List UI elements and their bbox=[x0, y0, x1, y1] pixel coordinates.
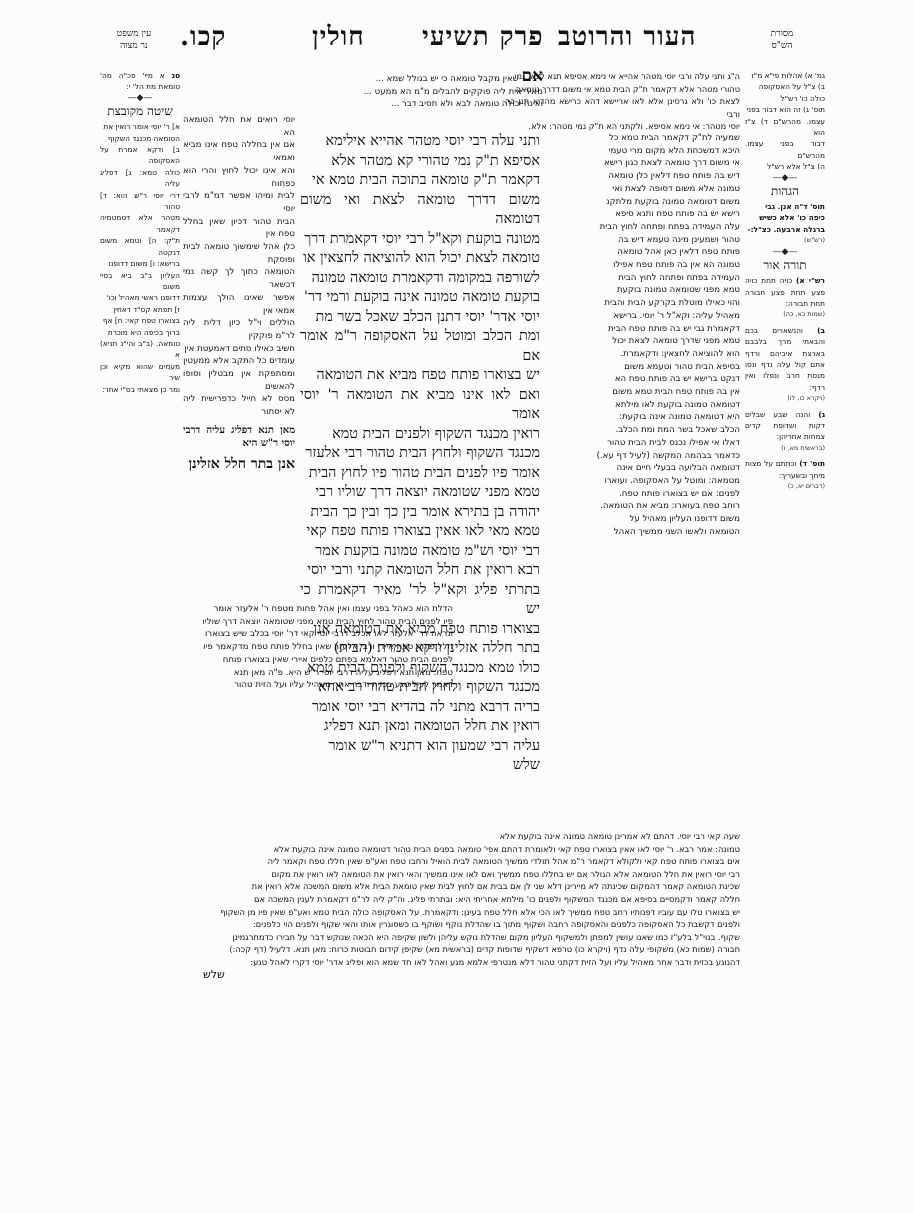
torah-or-marker: ג) bbox=[818, 410, 825, 419]
shita-line: ב] ודקא אמרת על האסקופה bbox=[100, 144, 180, 167]
shita-line: מטהר אלא דטמטמיה דקאמר bbox=[100, 212, 180, 235]
masoret-line: עצמו. מהרש"ם ד) צ"ז הוא bbox=[745, 116, 825, 139]
tosafot-line: טפח: מאן תנא דפליג עליה דרבי יוסי ר"ש הי… bbox=[183, 667, 453, 680]
rashi-line: אי משום דרך טומאה לצאת כגון רישא bbox=[545, 157, 740, 170]
gemara-top-snippet: ה"ג ותני עלה ורבי יוסי מטהר אהייא אי נימ… bbox=[505, 70, 740, 133]
shita-line: העליון ב"ב ביא בסיי משום bbox=[100, 270, 180, 293]
rashi-line: כדאמר בבהמה המקשה (לעיל דף עא.) bbox=[545, 450, 740, 463]
gemara-line: אסיפא ת"ק נמי טהורי קא מטהר אלא bbox=[300, 152, 540, 172]
tosafot-line: לבית ומיהו אפשר דמ"מ לרבי יוסי bbox=[183, 190, 295, 215]
tosafot-line: עומדים כל התקב אלא ממעטין bbox=[183, 355, 295, 368]
gemara-line: ותני עלה רבי יוסי מטהר אהייא אילימא bbox=[300, 132, 540, 152]
tosafot-line: אם אין בחללה טפח אינו מביא ואמאי bbox=[183, 139, 295, 164]
torah-or-entry: תוס' ד) וכתתם על מצות מיחך ובשעריך: (דבר… bbox=[745, 458, 825, 492]
gemara-line: עליה רבי שמעון הוא דתניא ר"ש אומר bbox=[300, 737, 540, 757]
rashi-line: הכלב שאכל בשר המת ומת הכלב. bbox=[545, 424, 740, 437]
shita-line: ת"ק: ה] וטמא משום דנקטה bbox=[100, 235, 180, 258]
rashi-line: אין בה פותח טפח הבית טמא משום bbox=[545, 386, 740, 399]
tosafot-line: ואינה יכולה טומאה לבא ולא תסיב דבר ... bbox=[183, 98, 543, 111]
masoret-title-line1: מסורת bbox=[752, 28, 812, 40]
hagahot-line: כיפה כו' אלא כשיש bbox=[745, 212, 825, 223]
ornament-divider: —◆— bbox=[745, 173, 825, 183]
gemara-line: רואין את חלל הטומאה ומאן תנא דפליג bbox=[300, 717, 540, 737]
shita-line: כולה טמא: ג] דפליג עליה bbox=[100, 167, 180, 190]
rashi-line: טמא מפני שטומאה טמונה בוקעת bbox=[545, 284, 740, 297]
rashi-line: הוא להוציאה לחצאין: ודקאמרת. bbox=[545, 348, 740, 361]
tosafot-line: מסס לא חייל כדפרישית ליה לא יסתור bbox=[183, 393, 295, 418]
folio-number: קכו. bbox=[180, 22, 226, 52]
masoret-entries: גמ' א) אהלות פי"א מ"ז ב) צ"ל על האסקופה … bbox=[745, 70, 825, 173]
tosafot-dibbur-anan: אנן בתר חלל אזלינן bbox=[188, 456, 295, 472]
tosafot-opening-line: אם שאין מקבל טומאה כי יש בגולל שמא ... bbox=[183, 70, 543, 86]
gemara-snippet-line: יוסי מטהר: אי נימא אסיפא. ולקתני הא ת"ק … bbox=[505, 120, 740, 133]
rashi-column: שמעיה לת"ק דקאמר הבית טמא כל היכא דמשכחת… bbox=[545, 132, 740, 539]
tractate-name: חולין bbox=[312, 22, 365, 52]
rashi-line: היא דטומאה טמונה אינה בוקעת: bbox=[545, 411, 740, 424]
rashi-line: דאלו אי אפילו נכנס לבית הבית טהור bbox=[545, 437, 740, 450]
gemara-line: יוסי אדר' יוסי דתנן הכלב שאכל בשר מת bbox=[300, 308, 540, 328]
hagahot-source: (רש"ש) bbox=[745, 235, 825, 246]
gemara-line: לשורפה במקומה ודקאמרת טומאה טמונה bbox=[300, 269, 540, 289]
torah-or-source: (ויקרא כו, לו) bbox=[745, 393, 825, 404]
torah-or-entry: רש"י א) כויה תחת כויה פצע תחת פצע חבורה … bbox=[745, 275, 825, 321]
tosafot-opening: אם שאין מקבל טומאה כי יש בגולל שמא ... מ… bbox=[183, 70, 543, 111]
chapter-name: העור והרוטב bbox=[558, 22, 696, 52]
ein-mishpat-letter: סג bbox=[172, 71, 180, 80]
masoret-line: ה) צ"ל אלא רש"ל bbox=[745, 161, 825, 172]
tosafot-line: מאיר אית ליה פוקקים להבלים מ"מ הא ממעט .… bbox=[183, 86, 543, 99]
commentary-line: שכינת הטומאה קאמר דהמקום שכינתה לא מיירי… bbox=[183, 880, 740, 893]
gemara-line: יש בצוארו פותח טפח מביא את הטומאה bbox=[300, 366, 540, 386]
rashi-line: הטומאה ולאשו השני ממשיך האהל bbox=[545, 526, 740, 539]
shita-line: ז] תפתא קס"ד דאחין bbox=[100, 304, 180, 315]
torah-or-entry: ג) והנה שבע שבלים דקות ושדופת קדים צמחות… bbox=[745, 409, 825, 455]
tosafot-line: יוסי רואים את חלל הטומאה הא bbox=[183, 114, 295, 139]
rashi-line: לפנים: אם יש בצוארו פותח טפח. bbox=[545, 488, 740, 501]
gemara-line: רבא רואין את חלל הטומאה קתני ורבי יוסי bbox=[300, 561, 540, 581]
commentary-line: שעה קאי רבי יוסי. דהתם לא אמרינן טומאה ט… bbox=[183, 830, 740, 843]
ein-mishpat-title: עין משפט נר מצוה bbox=[104, 28, 164, 52]
gemara-line: רואין מכנגד השקוף ולפנים הבית טמא bbox=[300, 425, 540, 445]
shita-line: הטומאה מכנגד השקוף bbox=[100, 133, 180, 144]
rashi-line: דקאמרת גבי יש בה פותח טפח הבית bbox=[545, 323, 740, 336]
rashi-line: טהור ושמעינן מינה טעמא דיש בה bbox=[545, 234, 740, 247]
tosafot-heading: מאן תנא דפליג עליה דרבי יוסי ר"ש היא bbox=[183, 425, 295, 450]
commentary-line: שקוף. בנוי"ל בלע"ז כמו שאנו עושין למפתן … bbox=[183, 931, 740, 944]
tosafot-line: הוללים וי"ל כיון דלית ליה לר"מ פוקקין bbox=[183, 317, 295, 342]
torah-or-source: (בראשית מא, ו) bbox=[745, 443, 825, 454]
masoret-line: דבור בפני עצמו. מהרש"ם bbox=[745, 138, 825, 161]
gemara-line: טמא מאי לאו אאין בצוארו פותח טפח קאי bbox=[300, 522, 540, 542]
gemara-line: רבי יוסי וש"מ טומאה טמונה בוקעת אמר bbox=[300, 542, 540, 562]
torah-or-source: (שמות כא, כה) bbox=[745, 309, 825, 320]
tosafot-dibbur-hamatchil: מאן תנא דפליג עליה דרבי יוסי ר"ש היא bbox=[183, 425, 295, 449]
torah-or-title: תורה אור bbox=[745, 260, 825, 271]
ornament-divider: —◆— bbox=[745, 247, 825, 257]
shita-line: ומר כן מצאתי בס"י אחר: bbox=[100, 384, 180, 395]
rashi-line: משום דטומאה טמונה בוקעת מלתקנ bbox=[545, 196, 740, 209]
commentary-line: דהנוגע בכזית ודבר אחר מאהיל עליו ועל הזי… bbox=[183, 956, 740, 969]
gemara-line: משום דדרך טומאה לצאת ואי משום דטומאה bbox=[300, 191, 540, 230]
commentary-line: טמונה: אמר רבא. ר' יוסי לאו אאין בצוארו … bbox=[183, 843, 740, 856]
tosafot-line: פיו לפנים הבית טהור לחוץ הבית טמא מפני ש… bbox=[183, 616, 453, 629]
gemara-line: מטונה בוקעת וקא"ל רבי יוסי דקאמרת דרך bbox=[300, 230, 540, 250]
tosafot-line: הדלת הוא כאהל בפני עצמו ואין אהל פחות מט… bbox=[183, 603, 453, 616]
masoret-title-line2: הש"ס bbox=[752, 40, 812, 52]
commentary-bottom-block: שעה קאי רבי יוסי. דהתם לא אמרינן טומאה ט… bbox=[183, 830, 740, 981]
rashi-line: רוחב טפח בעוארו: מביא את הטומאה. bbox=[545, 500, 740, 513]
hagahot-line: ברגלה ארבעה. כצ"ל:- bbox=[745, 224, 825, 235]
hagahot-entries: תוס' ד"ה אנן. גבי כיפה כו' אלא כשיש ברגל… bbox=[745, 201, 825, 247]
tosafot-line: ומסתפקת אין מבטלין וסופו להאשים bbox=[183, 368, 295, 393]
gemara-line: בריה דרבא מתני לה בהדיא רבי יוסי אומר bbox=[300, 698, 540, 718]
tosafot-line: הבית טהור דכיון שאין בחלל טפח אין bbox=[183, 216, 295, 241]
tosafot-bottom-block: הדלת הוא כאהל בפני עצמו ואין אהל פחות מט… bbox=[183, 603, 453, 692]
torah-or-marker: רש"י א) bbox=[796, 276, 825, 285]
tosafot-line: דאמר לעיל טגע בכזית ודבר אחר מאהיל עליו … bbox=[183, 679, 453, 692]
rashi-line: היכא דמשכחת הלא מקום מרי טעמי bbox=[545, 145, 740, 158]
ein-mishpat-entry: סג א מיי' פכ"ה מה' טומאת מת הל' י: bbox=[100, 70, 180, 93]
masoret-line: תוס' ג) זה הוא דבור בפני bbox=[745, 104, 825, 115]
rashi-line: טמונה אלא משום דסופה לצאת ואי bbox=[545, 183, 740, 196]
commentary-line: אים בצוארו פותח טפח קאי ולקולא דקאמר ר"מ… bbox=[183, 855, 740, 868]
tosafot-opening-text: שאין מקבל טומאה כי יש בגולל שמא ... bbox=[376, 74, 519, 84]
commentary-line: ולפנים דקשבת כל האסקופה כלפנים והאסקופה … bbox=[183, 918, 740, 931]
gemara-catchword: שלש bbox=[300, 756, 540, 776]
gemara-line: דקאמר ת"ק טומאה בתוכה הבית טמא אי bbox=[300, 171, 540, 191]
shita-mekubetzet-lines: א] ר' יוסי אומר רואין את הטומאה מכנגד הש… bbox=[100, 121, 180, 395]
shita-line: בצוארו טפח קאי: ח] אף bbox=[100, 315, 180, 326]
masoret-line: ב) צ"ל על האסקופה bbox=[745, 81, 825, 92]
gemara-line: יהודה בן בתירא אומר בין כך ובין כך הבית bbox=[300, 503, 540, 523]
gemara-line: מכנגד השקוף ולחוץ הבית טהור רבי אלעזר bbox=[300, 444, 540, 464]
rashi-line: העמידה בפתח ופתחה לחוץ הבית bbox=[545, 272, 740, 285]
torah-or-verse: והנה שבע שבלים דקות ושדופת קדים צמחות אח… bbox=[745, 410, 825, 442]
tosafot-line: חשיב כאילו סתים דאמעטת אין bbox=[183, 343, 295, 356]
rashi-line: דנקט ברישא יש בה פותח טפח הא bbox=[545, 373, 740, 386]
tosafot-line: ונראה דר' אלעזר לאו אכלב דרבי יוסי קאי ד… bbox=[183, 628, 453, 641]
rashi-line: דטומאה טמונה בוקעת לאו מילתא bbox=[545, 399, 740, 412]
hagahot-title: הגהות bbox=[745, 186, 825, 197]
shita-line: ברוך בכיפה היא מוכרת bbox=[100, 327, 180, 338]
hagahot-line: תוס' ד"ה אנן. גבי bbox=[745, 201, 825, 212]
ein-mishpat-text: א מיי' פכ"ה מה' טומאת מת הל' י: bbox=[100, 71, 180, 91]
commentary-catchword: שלש bbox=[183, 969, 740, 982]
masoret-hashas-title: מסורת הש"ס bbox=[752, 28, 812, 52]
tosafot-line: לפנים הבית טהור דאלמא בפתם כלפים איירי ש… bbox=[183, 654, 453, 667]
gemara-snippet-line: ה"ג ותני עלה ורבי יוסי מטהר אהייא אי נימ… bbox=[505, 70, 740, 83]
gemara-line: אומר פיו לפנים הבית טהור פיו לחוץ הבית bbox=[300, 464, 540, 484]
gemara-line: ומת הכלב ומוטל על האסקופה ר"מ אומר אם bbox=[300, 327, 540, 366]
shita-line: דרי יוסי ר"ש הוא: ד] טהור bbox=[100, 190, 180, 213]
gemara-line: בוקעת טומאה טמונה אינה בוקעת ורמי דר' bbox=[300, 288, 540, 308]
gemara-snippet-line: טהורי מטהר אלא דקאמר ת"ק הבית טמא אי משו… bbox=[505, 83, 740, 96]
tosafot-line: אפשר שאינו הולך עצמות אמאי אין bbox=[183, 292, 295, 317]
torah-or-verse: והנשארים בכם והבאתי מרך בלבבם בארצת איבי… bbox=[745, 326, 825, 392]
ein-mishpat-title-line2: נר מצוה bbox=[104, 40, 164, 52]
rashi-line: רישא יש בה פותח טפח ותנא סיפא bbox=[545, 208, 740, 221]
tosafot-heading-anan: אנן בתר חלל אזלינן bbox=[183, 458, 295, 473]
torah-or-marker: ב) bbox=[817, 326, 825, 335]
tosafot-line: כלן אהל שימשוך טומאה לבית ופוסקת bbox=[183, 241, 295, 266]
tosafot-line: והא אינו יכול לחוץ והרי הוא כפתוח bbox=[183, 165, 295, 190]
rashi-line: טמונה הא אין בה פותח טפח אפילו bbox=[545, 259, 740, 272]
commentary-line: חללה קאמר ודקמסיים בסיפא אם מכנגד המשקוף… bbox=[183, 893, 740, 906]
rashi-line: טמא מפני שדרך טומאה לצאת יכול bbox=[545, 335, 740, 348]
rashi-line: והוי כאילו מוטלת בקרקע הבית והבית bbox=[545, 297, 740, 310]
tosafot-line: חלל פותח טפח איירי ורבי אלעזר שאין בחלל … bbox=[183, 641, 453, 654]
torah-or-source: (דברים יא, כ) bbox=[745, 481, 825, 492]
shita-line: מעמים שהוא מקיא וכן שיר bbox=[100, 361, 180, 384]
shita-line: ברישא: ו] משום דדופנו bbox=[100, 258, 180, 269]
masoret-line: גמ' א) אהלות פי"א מ"ז bbox=[745, 70, 825, 81]
gemara-line: טמא מפני שטומאה יוצאה דרך שוליו רבי bbox=[300, 483, 540, 503]
torah-or-marker: תוס' ד) bbox=[799, 459, 825, 468]
rashi-line: דטומאה הבלועה בבעלי חיים אינה bbox=[545, 462, 740, 475]
gemara-snippet-line: לצאת כו' ולא גרסינן אלא לאו אריישא דהא כ… bbox=[505, 95, 740, 120]
commentary-line: חבורה (שמות כא) משקופי עלה נדף (ויקרא כו… bbox=[183, 943, 740, 956]
rashi-line: שמעיה לת"ק דקאמר הבית טמא כל bbox=[545, 132, 740, 145]
shita-mekubetzet-title: שיטה מקובצת bbox=[100, 106, 180, 117]
torah-or-entry: ב) והנשארים בכם והבאתי מרך בלבבם בארצת א… bbox=[745, 325, 825, 405]
rashi-line: מטמאה: ומוטל על האסקופה. ועוארו bbox=[545, 475, 740, 488]
rashi-line: בסיפא הבית טהור וטעמא משום bbox=[545, 361, 740, 374]
gemara-line: טומאה לצאת יכול הוא להוציאה לחצאין או bbox=[300, 249, 540, 269]
shita-line: טומאה. (ב"ב והי"נ תניא) א bbox=[100, 338, 180, 361]
masoret-line: כולה כו' רש"ל bbox=[745, 93, 825, 104]
tosafot-column: יוסי רואים את חלל הטומאה הא אם אין בחללה… bbox=[183, 70, 295, 473]
chapter-number: פרק תשיעי bbox=[422, 22, 544, 52]
rashi-line: עלה העמידה בפתח ופתחה לחוץ הבית bbox=[545, 221, 740, 234]
rashi-line: פותח טפח דלאין כאן אהל טומאה bbox=[545, 246, 740, 259]
shita-line: דדופנו ראשי מאהיל וכו' bbox=[100, 292, 180, 303]
commentary-line: רבי יוסי רואין את חלל הטומאה אלא הגולר א… bbox=[183, 868, 740, 881]
ein-mishpat-title-line1: עין משפט bbox=[104, 28, 164, 40]
shita-line: א] ר' יוסי אומר רואין את bbox=[100, 121, 180, 132]
commentary-line: יש בצוארו טלו עם עוביו דפנותיו רחב טפח מ… bbox=[183, 906, 740, 919]
left-margin-column: סג א מיי' פכ"ה מה' טומאת מת הל' י: —◆— ש… bbox=[100, 70, 180, 395]
gemara-line: ואם לאו אינו מביא את הטומאה ר' יוסי אומר bbox=[300, 386, 540, 425]
rashi-line: מאהיל עליה: וקא"ל ר' יוסי. ברישא bbox=[545, 310, 740, 323]
rashi-line: משום דדופנו העליון מאהיל על bbox=[545, 513, 740, 526]
right-margin-column: גמ' א) אהלות פי"א מ"ז ב) צ"ל על האסקופה … bbox=[745, 70, 825, 492]
ornament-divider: —◆— bbox=[100, 93, 180, 103]
rashi-line: דיש בה פותח טפח דלאין כלן טומאה bbox=[545, 170, 740, 183]
tosafot-line: הטומאה כתוך לך קשה נמי דכשאר bbox=[183, 266, 295, 291]
